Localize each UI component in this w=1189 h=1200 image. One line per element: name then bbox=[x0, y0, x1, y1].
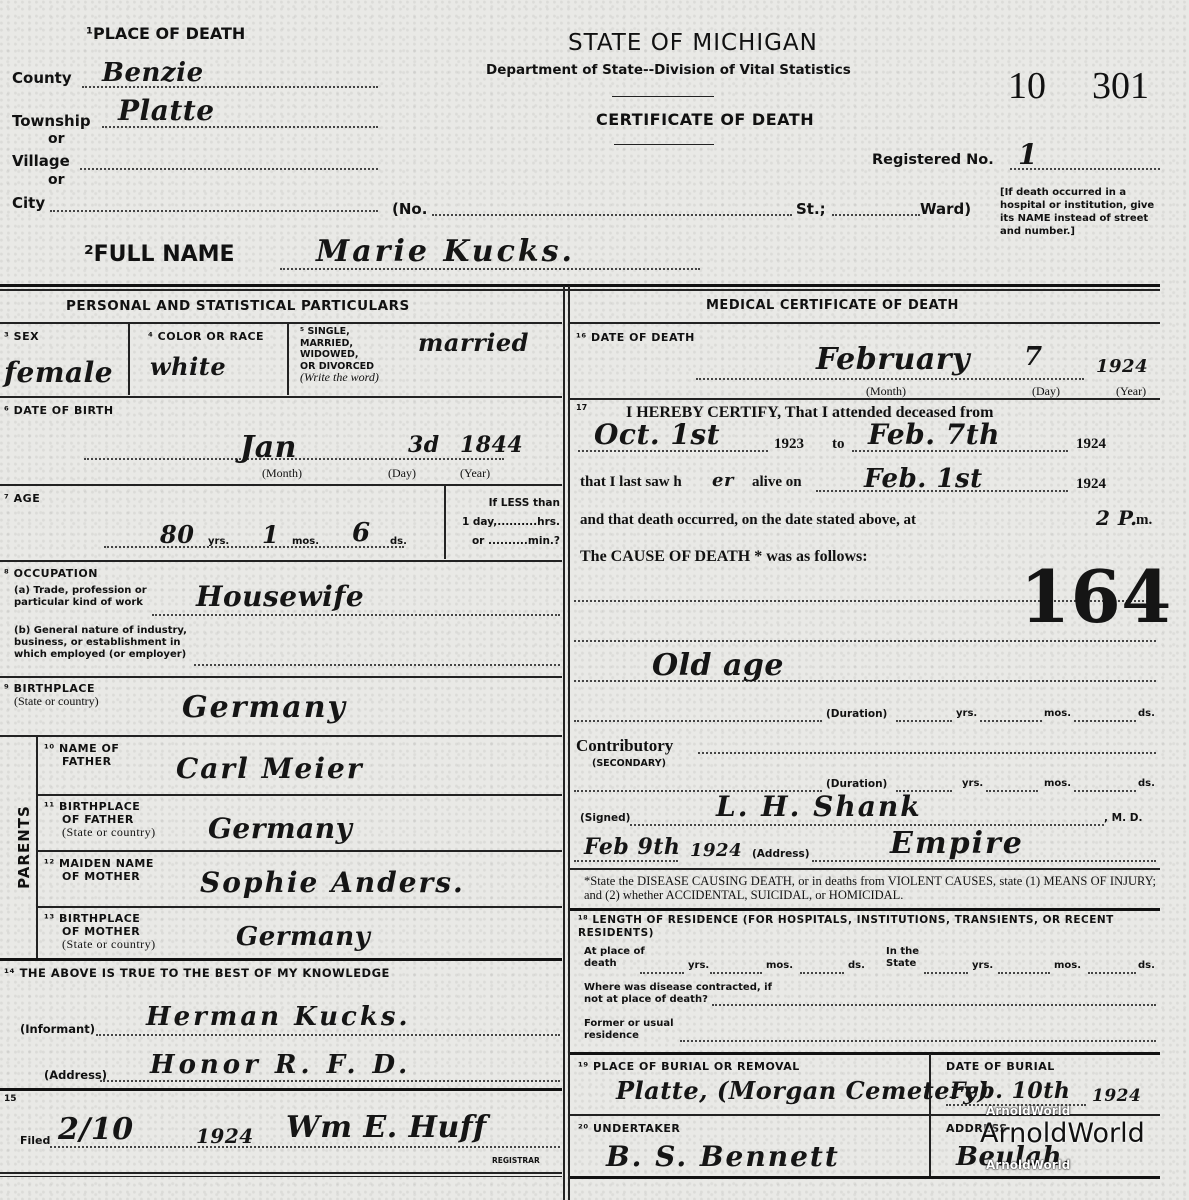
or-label-1: or bbox=[48, 131, 65, 147]
mos-caption: mos. bbox=[1044, 778, 1071, 789]
residence-label: ¹⁸ LENGTH OF RESIDENCE (FOR HOSPITALS, I… bbox=[578, 914, 1154, 940]
mother-birthplace-label: ¹³ BIRTHPLACE OF MOTHER (State or countr… bbox=[44, 912, 156, 951]
duration-mos-line bbox=[986, 790, 1038, 792]
grid-line bbox=[287, 323, 289, 395]
grid-line bbox=[0, 958, 562, 961]
dob-year: 1844 bbox=[460, 432, 523, 458]
village-line bbox=[80, 168, 378, 170]
birthplace-sub: (State or country) bbox=[14, 694, 99, 709]
grid-line bbox=[0, 1088, 562, 1091]
label-line: (State or country) bbox=[44, 938, 156, 951]
birthplace-value: Germany bbox=[182, 690, 347, 725]
signed-year: 1924 bbox=[690, 840, 742, 861]
informant-label: (Informant) bbox=[20, 1022, 95, 1036]
signed-date-line bbox=[574, 860, 678, 862]
alive-on-text: alive on bbox=[752, 474, 802, 491]
physician-address-label: (Address) bbox=[752, 848, 810, 860]
marital-label-line: ⁵ SINGLE, bbox=[300, 326, 430, 338]
ward-line bbox=[832, 214, 920, 216]
grid-line bbox=[0, 484, 562, 486]
where-contracted-label: Where was disease contracted, if not at … bbox=[584, 982, 784, 1006]
dob-month: Jan bbox=[240, 430, 297, 465]
date-of-death-line bbox=[696, 378, 1084, 380]
dob-day: 3d bbox=[408, 432, 440, 458]
filed-label: Filed bbox=[20, 1134, 50, 1147]
registrar-label: REGISTRAR bbox=[492, 1156, 540, 1165]
hospital-note: [If death occurred in a hospital or inst… bbox=[1000, 186, 1160, 238]
divider bbox=[612, 96, 714, 97]
label-line: FATHER bbox=[44, 755, 119, 768]
ds-caption: ds. bbox=[1138, 778, 1155, 789]
md-label: , M. D. bbox=[1104, 812, 1142, 824]
grid-line bbox=[0, 676, 562, 678]
grid-line bbox=[0, 735, 562, 737]
informant-value: Herman Kucks. bbox=[146, 1002, 411, 1032]
medical-section-title: MEDICAL CERTIFICATE OF DEATH bbox=[706, 298, 959, 313]
grid-line bbox=[0, 284, 1160, 287]
grid-line bbox=[0, 1172, 562, 1174]
death-year: 1924 bbox=[1096, 356, 1148, 377]
marital-value: married bbox=[418, 328, 529, 357]
death-certificate: ¹PLACE OF DEATH County Benzie Township P… bbox=[0, 0, 1189, 1200]
in-state-label: In the State bbox=[886, 946, 932, 970]
grid-line bbox=[37, 906, 562, 908]
parents-label: PARENTS bbox=[15, 805, 33, 889]
duration-mos-line bbox=[980, 720, 1042, 722]
marital-label-line: MARRIED, bbox=[300, 338, 430, 350]
death-month: February bbox=[816, 342, 970, 377]
sex-label: ³ SEX bbox=[4, 330, 39, 343]
former-residence-label: Former or usual residence bbox=[584, 1018, 684, 1042]
cause-label: The CAUSE OF DEATH * was as follows: bbox=[580, 548, 868, 566]
registrar-signature: Wm E. Huff bbox=[286, 1110, 487, 1145]
grid-line bbox=[570, 322, 1160, 324]
informant-address-line bbox=[100, 1080, 560, 1082]
death-time: 2 P. bbox=[1096, 506, 1138, 530]
grid-line bbox=[37, 794, 562, 796]
death-day: 7 bbox=[1024, 342, 1043, 372]
father-name-label: ¹⁰ NAME OF FATHER bbox=[44, 742, 119, 768]
contributory-line bbox=[698, 752, 1156, 754]
at-place-mos-line bbox=[710, 972, 762, 974]
cause-code: 164 bbox=[1020, 554, 1172, 639]
full-name-label: ²FULL NAME bbox=[84, 242, 235, 267]
yrs-caption: yrs. bbox=[972, 960, 993, 971]
signed-label: (Signed) bbox=[580, 812, 630, 824]
watermark-small-top: ArnoldWorld bbox=[986, 1104, 1070, 1118]
burial-date-value: Feb. 10th bbox=[950, 1078, 1070, 1104]
duration-label: (Duration) bbox=[826, 778, 887, 790]
day-caption: (Day) bbox=[1032, 384, 1060, 399]
last-saw-text: that I last saw h bbox=[580, 474, 682, 491]
marital-label-line: WIDOWED, bbox=[300, 349, 430, 361]
registered-no-value: 1 bbox=[1018, 138, 1038, 171]
duration-ds-line bbox=[1074, 790, 1136, 792]
label-line: ¹⁰ NAME OF bbox=[44, 742, 119, 755]
ds-caption: ds. bbox=[1138, 960, 1155, 971]
grid-line bbox=[570, 1176, 1160, 1179]
less-than-line: If LESS than bbox=[450, 494, 560, 513]
duration-label: (Duration) bbox=[826, 708, 887, 720]
cause-line bbox=[574, 640, 1156, 642]
undertaker-label: ²⁰ UNDERTAKER bbox=[578, 1122, 680, 1135]
sex-value: female bbox=[4, 356, 113, 389]
grid-line bbox=[128, 323, 130, 395]
physician-address-value: Empire bbox=[890, 826, 1024, 861]
watermark-main: ArnoldWorld bbox=[980, 1118, 1145, 1149]
grid-line bbox=[36, 736, 38, 958]
cause-value: Old age bbox=[652, 648, 784, 683]
at-place-label: At place of death bbox=[584, 946, 656, 970]
or-label-2: or bbox=[48, 172, 65, 188]
to-label: to bbox=[832, 436, 845, 453]
village-label: Village bbox=[12, 152, 70, 170]
township-value: Platte bbox=[118, 94, 215, 127]
occupation-b-label: (b) General nature of industry, business… bbox=[14, 625, 212, 661]
duration-line bbox=[574, 720, 822, 722]
certify-number: 17 bbox=[576, 403, 587, 412]
grid-line bbox=[929, 1054, 931, 1178]
dob-label: ⁶ DATE OF BIRTH bbox=[4, 404, 114, 417]
age-label: ⁷ AGE bbox=[4, 492, 40, 505]
informant-line bbox=[96, 1034, 560, 1036]
city-line bbox=[50, 210, 378, 212]
grid-line bbox=[0, 322, 562, 324]
less-than-day-block: If LESS than 1 day,..........hrs. or ...… bbox=[450, 494, 560, 551]
grid-line bbox=[570, 398, 1160, 400]
department-title: Department of State--Division of Vital S… bbox=[486, 62, 851, 78]
grid-line bbox=[570, 1052, 1160, 1055]
burial-place-value: Platte, (Morgan Cemetery) bbox=[616, 1076, 989, 1105]
occupation-b-line bbox=[194, 664, 560, 666]
father-name-value: Carl Meier bbox=[176, 752, 364, 785]
watermark-small-bottom: ArnoldWorld bbox=[986, 1158, 1070, 1172]
state-title: STATE OF MICHIGAN bbox=[568, 30, 818, 56]
mother-name-label: ¹² MAIDEN NAME OF MOTHER bbox=[44, 857, 154, 883]
father-birthplace-label: ¹¹ BIRTHPLACE OF FATHER (State or countr… bbox=[44, 800, 156, 839]
knowledge-label: ¹⁴ THE ABOVE IS TRUE TO THE BEST OF MY K… bbox=[4, 966, 390, 980]
grid-line bbox=[570, 908, 1160, 911]
st-label: St.; bbox=[796, 200, 826, 218]
color-value: white bbox=[150, 352, 226, 381]
filed-number: 15 bbox=[4, 1094, 17, 1104]
last-saw-pronoun: er bbox=[712, 470, 734, 491]
ds-caption: ds. bbox=[848, 960, 865, 971]
ds-caption: ds. bbox=[390, 536, 407, 547]
father-birthplace-value: Germany bbox=[208, 812, 352, 845]
street-no-label: (No. bbox=[392, 200, 427, 218]
ds-caption: ds. bbox=[1138, 708, 1155, 719]
mos-caption: mos. bbox=[1054, 960, 1081, 971]
death-occurred-text: and that death occurred, on the date sta… bbox=[580, 512, 916, 529]
secondary-label: (SECONDARY) bbox=[592, 758, 666, 769]
occupation-a-label: (a) Trade, profession or particular kind… bbox=[14, 585, 182, 609]
signed-line bbox=[630, 824, 1104, 826]
month-caption: (Month) bbox=[866, 384, 906, 399]
label-line: (State or country) bbox=[44, 826, 156, 839]
age-years: 80 bbox=[160, 520, 194, 549]
occupation-a-line bbox=[152, 614, 560, 616]
marital-label-line: (Write the word) bbox=[300, 372, 430, 384]
label-line: OF MOTHER bbox=[44, 870, 154, 883]
place-of-death-label: ¹PLACE OF DEATH bbox=[86, 24, 245, 43]
grid-line bbox=[570, 868, 1160, 870]
year-caption: (Year) bbox=[460, 466, 490, 481]
file-number-right: 301 bbox=[1092, 64, 1149, 108]
age-months: 1 bbox=[262, 520, 279, 549]
month-caption: (Month) bbox=[262, 466, 302, 481]
in-state-ds-line bbox=[1088, 972, 1136, 974]
date-of-death-label: ¹⁶ DATE OF DEATH bbox=[576, 331, 695, 344]
occupation-label: ⁸ OCCUPATION bbox=[4, 567, 98, 580]
attended-to: Feb. 7th bbox=[868, 418, 1000, 451]
township-label: Township bbox=[12, 112, 91, 130]
county-value: Benzie bbox=[102, 58, 204, 88]
mos-caption: mos. bbox=[292, 536, 319, 547]
grid-line bbox=[0, 396, 562, 398]
death-time-suffix: m. bbox=[1136, 512, 1152, 529]
occupation-a-value: Housewife bbox=[196, 580, 364, 613]
former-residence-line bbox=[680, 1040, 1156, 1042]
divider bbox=[614, 144, 714, 145]
filed-year: 1924 bbox=[196, 1124, 254, 1148]
informant-address-label: (Address) bbox=[44, 1068, 107, 1082]
where-contracted-line bbox=[712, 1004, 1156, 1006]
city-label: City bbox=[12, 194, 45, 212]
mother-name-value: Sophie Anders. bbox=[200, 866, 465, 899]
street-line bbox=[432, 214, 792, 216]
grid-line bbox=[563, 286, 565, 1200]
day-caption: (Day) bbox=[388, 466, 416, 481]
burial-date-label: DATE OF BURIAL bbox=[946, 1060, 1055, 1073]
duration-yrs-line bbox=[896, 720, 952, 722]
certificate-title: CERTIFICATE OF DEATH bbox=[596, 110, 814, 129]
file-number-left: 10 bbox=[1008, 64, 1046, 108]
grid-line bbox=[0, 560, 562, 562]
last-saw-date: Feb. 1st bbox=[864, 464, 983, 494]
mos-caption: mos. bbox=[1044, 708, 1071, 719]
yrs-caption: yrs. bbox=[962, 778, 983, 789]
mos-caption: mos. bbox=[766, 960, 793, 971]
burial-year: 1924 bbox=[1092, 1086, 1141, 1106]
personal-section-title: PERSONAL AND STATISTICAL PARTICULARS bbox=[66, 298, 410, 314]
year-caption: (Year) bbox=[1116, 384, 1146, 399]
attended-from-year: 1923 bbox=[774, 436, 804, 453]
yrs-caption: yrs. bbox=[688, 960, 709, 971]
signed-date: Feb 9th bbox=[584, 834, 680, 860]
burial-place-label: ¹⁹ PLACE OF BURIAL OR REMOVAL bbox=[578, 1060, 800, 1073]
age-days: 6 bbox=[352, 518, 371, 548]
attended-to-year: 1924 bbox=[1076, 436, 1106, 453]
yrs-caption: yrs. bbox=[956, 708, 977, 719]
at-place-ds-line bbox=[800, 972, 844, 974]
contributory-label: Contributory bbox=[576, 736, 673, 756]
attended-from: Oct. 1st bbox=[594, 418, 720, 451]
label-line: ¹³ BIRTHPLACE bbox=[44, 912, 156, 925]
full-name-value: Marie Kucks. bbox=[316, 234, 575, 269]
yrs-caption: yrs. bbox=[208, 536, 229, 547]
undertaker-value: B. S. Bennett bbox=[606, 1140, 840, 1173]
last-saw-year: 1924 bbox=[1076, 476, 1106, 493]
mother-birthplace-value: Germany bbox=[236, 922, 370, 952]
in-state-yrs-line bbox=[924, 972, 968, 974]
less-than-line: or ..........min.? bbox=[450, 532, 560, 551]
grid-line bbox=[0, 1176, 562, 1177]
county-label: County bbox=[12, 69, 72, 87]
registered-no-label: Registered No. bbox=[872, 152, 994, 168]
grid-line bbox=[37, 850, 562, 852]
grid-line bbox=[570, 1114, 1160, 1116]
cause-footnote: *State the DISEASE CAUSING DEATH, or in … bbox=[584, 874, 1156, 902]
ward-label: Ward) bbox=[920, 200, 971, 218]
grid-line bbox=[444, 485, 446, 559]
filed-date: 2/10 bbox=[58, 1112, 134, 1147]
duration-ds-line bbox=[1074, 720, 1136, 722]
color-label: ⁴ COLOR OR RACE bbox=[148, 330, 264, 343]
grid-line bbox=[568, 286, 570, 1200]
marital-status-label: ⁵ SINGLE, MARRIED, WIDOWED, OR DIVORCED … bbox=[300, 326, 430, 384]
physician-signature: L. H. Shank bbox=[716, 790, 922, 823]
label-line: ¹¹ BIRTHPLACE bbox=[44, 800, 156, 813]
informant-address-value: Honor R. F. D. bbox=[150, 1050, 411, 1080]
at-place-yrs-line bbox=[640, 972, 684, 974]
less-than-line: 1 day,..........hrs. bbox=[450, 513, 560, 532]
grid-line bbox=[0, 289, 1160, 291]
label-line: ¹² MAIDEN NAME bbox=[44, 857, 154, 870]
in-state-mos-line bbox=[998, 972, 1050, 974]
